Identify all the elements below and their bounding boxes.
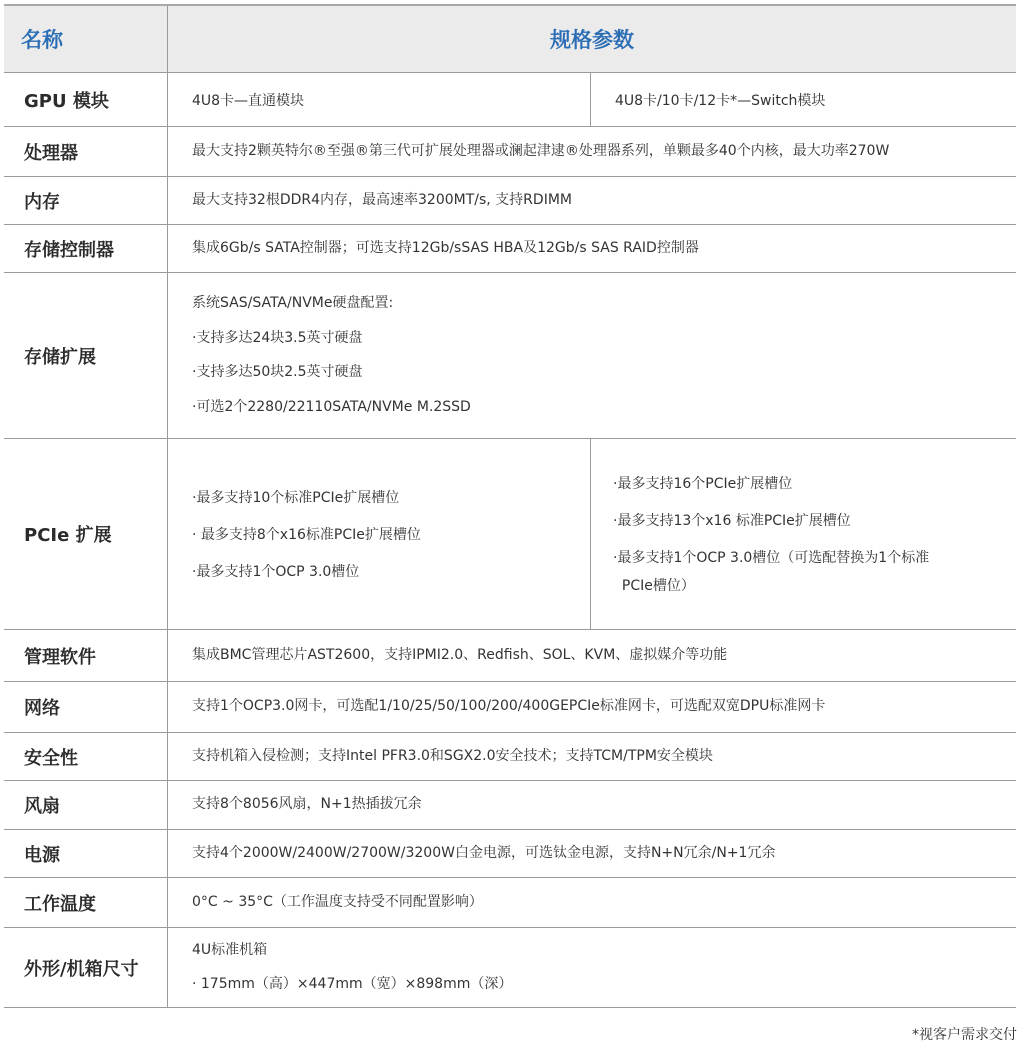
- row-name-power: 电源: [4, 830, 168, 877]
- storage-item: ·支持多达50块2.5英寸硬盘: [192, 364, 1016, 382]
- header-name-label: 名称: [4, 6, 168, 72]
- table-row-storage-expansion: 存储扩展 系统SAS/SATA/NVMe硬盘配置: ·支持多达24块3.5英寸硬…: [4, 273, 1016, 439]
- table-row-fan: 风扇 支持8个8056风扇，N+1热插拔冗余: [4, 781, 1016, 830]
- row-name-storage-controller: 存储控制器: [4, 225, 168, 272]
- row-name-memory: 内存: [4, 177, 168, 224]
- row-name-fan: 风扇: [4, 781, 168, 829]
- row-name-chassis: 外形/机箱尺寸: [4, 928, 168, 1007]
- table-row-storage-controller: 存储控制器 集成6Gb/s SATA控制器；可选支持12Gb/sSAS HBA及…: [4, 225, 1016, 273]
- table-row-temperature: 工作温度 0°C ~ 35°C（工作温度支持受不同配置影响）: [4, 878, 1016, 928]
- row-name-management: 管理软件: [4, 630, 168, 681]
- storage-item: ·可选2个2280/22110SATA/NVMe M.2SSD: [192, 399, 1016, 417]
- chassis-type: 4U标准机箱: [192, 942, 1016, 960]
- row-name-pcie: PCIe 扩展: [4, 439, 168, 629]
- row-value-memory: 最大支持32根DDR4内存，最高速率3200MT/s, 支持RDIMM: [168, 177, 1016, 224]
- table-row-cpu: 处理器 最大支持2颗英特尔®至强®第三代可扩展处理器或澜起津逮®处理器系列，单颗…: [4, 127, 1016, 177]
- pcie-item-continued: PCIe槽位）: [613, 575, 1016, 595]
- table-header-row: 名称 规格参数: [4, 6, 1016, 73]
- table-row-network: 网络 支持1个OCP3.0网卡，可选配1/10/25/50/100/200/40…: [4, 682, 1016, 733]
- row-value-chassis: 4U标准机箱 · 175mm（高）×447mm（宽）×898mm（深）: [168, 928, 1016, 1007]
- row-value-cpu: 最大支持2颗英特尔®至强®第三代可扩展处理器或澜起津逮®处理器系列，单颗最多40…: [168, 127, 1016, 176]
- header-spec-label: 规格参数: [168, 6, 1016, 72]
- row-value-security: 支持机箱入侵检测；支持Intel PFR3.0和SGX2.0安全技术；支持TCM…: [168, 733, 1016, 780]
- pcie-item: · 最多支持8个x16标准PCIe扩展槽位: [192, 524, 590, 544]
- pcie-item: ·最多支持10个标准PCIe扩展槽位: [192, 487, 590, 507]
- table-row-power: 电源 支持4个2000W/2400W/2700W/3200W白金电源，可选钛金电…: [4, 830, 1016, 878]
- row-name-security: 安全性: [4, 733, 168, 780]
- chassis-dimensions: · 175mm（高）×447mm（宽）×898mm（深）: [192, 976, 1016, 994]
- row-name-temperature: 工作温度: [4, 878, 168, 927]
- row-name-storage-expansion: 存储扩展: [4, 273, 168, 438]
- pcie-item: ·最多支持16个PCIe扩展槽位: [613, 473, 1016, 493]
- footnote: *视客户需求交付: [912, 1024, 1017, 1044]
- gpu-option-switch: 4U8卡/10卡/12卡*—Switch模块: [591, 73, 1016, 126]
- row-value-management: 集成BMC管理芯片AST2600，支持IPMI2.0、Redfish、SOL、K…: [168, 630, 1016, 681]
- table-row-pcie: PCIe 扩展 ·最多支持10个标准PCIe扩展槽位 · 最多支持8个x16标准…: [4, 439, 1016, 630]
- pcie-item: ·最多支持1个OCP 3.0槽位: [192, 561, 590, 581]
- pcie-option-switch: ·最多支持16个PCIe扩展槽位 ·最多支持13个x16 标准PCIe扩展槽位 …: [591, 439, 1016, 629]
- storage-config-title: 系统SAS/SATA/NVMe硬盘配置:: [192, 295, 1016, 313]
- pcie-split-cell: ·最多支持10个标准PCIe扩展槽位 · 最多支持8个x16标准PCIe扩展槽位…: [168, 439, 1016, 629]
- row-value-temperature: 0°C ~ 35°C（工作温度支持受不同配置影响）: [168, 878, 1016, 927]
- table-row-management: 管理软件 集成BMC管理芯片AST2600，支持IPMI2.0、Redfish、…: [4, 630, 1016, 682]
- gpu-split-cell: 4U8卡—直通模块 4U8卡/10卡/12卡*—Switch模块: [168, 73, 1016, 126]
- pcie-option-direct: ·最多支持10个标准PCIe扩展槽位 · 最多支持8个x16标准PCIe扩展槽位…: [168, 439, 591, 629]
- row-value-fan: 支持8个8056风扇，N+1热插拔冗余: [168, 781, 1016, 829]
- table-row-memory: 内存 最大支持32根DDR4内存，最高速率3200MT/s, 支持RDIMM: [4, 177, 1016, 225]
- pcie-item: ·最多支持13个x16 标准PCIe扩展槽位: [613, 510, 1016, 530]
- row-name-cpu: 处理器: [4, 127, 168, 176]
- row-value-storage-expansion: 系统SAS/SATA/NVMe硬盘配置: ·支持多达24块3.5英寸硬盘 ·支持…: [168, 273, 1016, 438]
- pcie-item: ·最多支持1个OCP 3.0槽位（可选配替换为1个标准: [613, 547, 1016, 567]
- table-row-chassis: 外形/机箱尺寸 4U标准机箱 · 175mm（高）×447mm（宽）×898mm…: [4, 928, 1016, 1008]
- gpu-option-direct: 4U8卡—直通模块: [168, 73, 591, 126]
- spec-table: 名称 规格参数 GPU 模块 4U8卡—直通模块 4U8卡/10卡/12卡*—S…: [4, 4, 1016, 1008]
- table-row-gpu: GPU 模块 4U8卡—直通模块 4U8卡/10卡/12卡*—Switch模块: [4, 73, 1016, 127]
- table-row-security: 安全性 支持机箱入侵检测；支持Intel PFR3.0和SGX2.0安全技术；支…: [4, 733, 1016, 781]
- row-value-power: 支持4个2000W/2400W/2700W/3200W白金电源，可选钛金电源，支…: [168, 830, 1016, 877]
- storage-item: ·支持多达24块3.5英寸硬盘: [192, 330, 1016, 348]
- row-name-network: 网络: [4, 682, 168, 732]
- row-name-gpu: GPU 模块: [4, 73, 168, 126]
- row-value-storage-controller: 集成6Gb/s SATA控制器；可选支持12Gb/sSAS HBA及12Gb/s…: [168, 225, 1016, 272]
- row-value-network: 支持1个OCP3.0网卡，可选配1/10/25/50/100/200/400GE…: [168, 682, 1016, 732]
